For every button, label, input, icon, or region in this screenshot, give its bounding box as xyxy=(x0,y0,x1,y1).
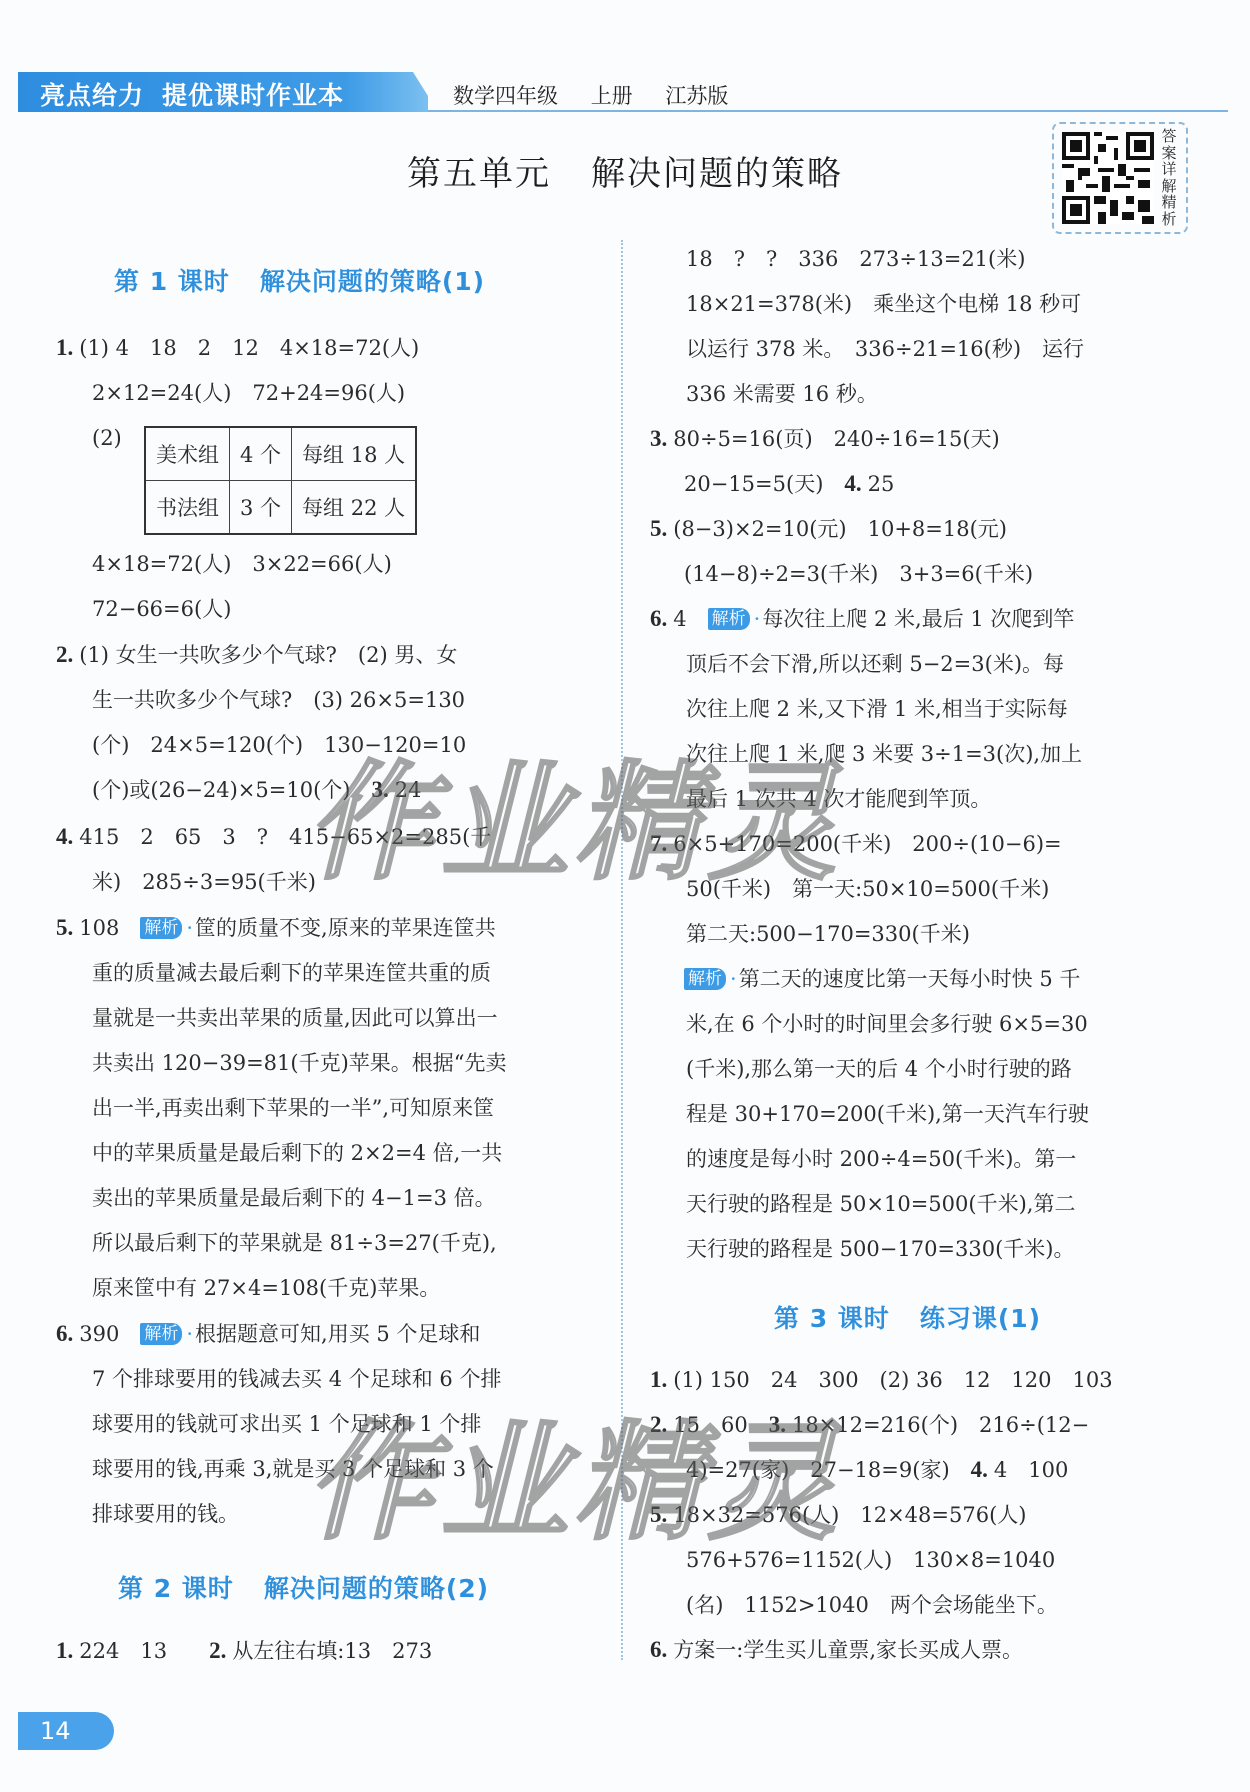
analysis-line: 原来筐中有 27×4=108(千克)苹果。 xyxy=(92,1273,440,1303)
analysis-line: 中的苹果质量是最后剩下的 2×2=4 倍,一共 xyxy=(92,1138,502,1168)
analysis-line: 顶后不会下滑,所以还剩 5−2=3(米)。每 xyxy=(686,649,1064,679)
answer-text: 4 xyxy=(673,607,686,631)
lesson-2-title: 第 2 课时解决问题的策略(2) xyxy=(118,1569,489,1605)
analysis-text: 每次往上爬 2 米,最后 1 次爬到竿 xyxy=(762,607,1074,631)
analysis-line: 程是 30+170=200(千米),第一天汽车行驶 xyxy=(686,1099,1089,1129)
answer-qr-box[interactable]: 答案详解精析 xyxy=(1052,122,1188,234)
answer-line: 第二天:500−170=330(千米) xyxy=(686,919,970,949)
lesson-period: 第 1 课时 xyxy=(114,267,230,296)
page-number: 14 xyxy=(18,1712,114,1750)
brand-title: 亮点给力提优课时作业本 xyxy=(40,76,344,112)
analysis-text: 筐的质量不变,原来的苹果连筐共 xyxy=(195,916,496,940)
table-cell: 美术组 xyxy=(145,427,230,481)
answer-line: 18×21=378(米) 乘坐这个电梯 18 秒可 xyxy=(686,289,1081,319)
answer-line: (名) 1152>1040 两个会场能坐下。 xyxy=(686,1590,1058,1620)
analysis-line: 排球要用的钱。 xyxy=(92,1499,239,1529)
answer-text: (8−3)×2=10(元) 10+8=18(元) xyxy=(673,517,1007,541)
answer-line: (14−8)÷2=3(千米) 3+3=6(千米) xyxy=(684,559,1033,589)
answer-line: 以运行 378 米。 336÷21=16(秒) 运行 xyxy=(686,334,1084,364)
answer-text: 从左往右填:13 273 xyxy=(232,1639,432,1663)
brand-banner: 亮点给力提优课时作业本 xyxy=(18,72,428,112)
answer-text: 108 xyxy=(79,916,119,940)
analysis-line: 所以最后剩下的苹果就是 81÷3=27(千克), xyxy=(92,1228,497,1258)
answer-text: 25 xyxy=(868,472,895,496)
answer-line: 2×12=24(人) 72+24=96(人) xyxy=(92,378,405,408)
analysis-line: 量就是一共卖出苹果的质量,因此可以算出一 xyxy=(92,1003,498,1033)
book-info: 数学四年级 上册 江苏版 xyxy=(453,80,754,110)
answer-line: 5.(8−3)×2=10(元) 10+8=18(元) xyxy=(650,514,1007,544)
qr-code-icon xyxy=(1062,132,1154,224)
tag-dot-icon: · xyxy=(186,1322,193,1346)
series-name: 提优课时作业本 xyxy=(162,81,344,110)
unit-topic: 解决问题的策略 xyxy=(591,154,843,194)
question-number: 4. xyxy=(844,471,861,496)
analysis-text: 第二天的速度比第一天每小时快 5 千 xyxy=(739,967,1081,991)
edition-label: 江苏版 xyxy=(665,84,728,108)
question-number: 4. xyxy=(56,824,73,849)
answer-line: 6.4 解析·每次往上爬 2 米,最后 1 次爬到竿 xyxy=(650,604,1074,634)
groups-table: 美术组 4 个 每组 18 人 书法组 3 个 每组 22 人 xyxy=(144,426,417,535)
analysis-tag: 解析 xyxy=(708,608,750,630)
question-number: 6. xyxy=(650,1637,667,1662)
answer-line: 5.108 解析·筐的质量不变,原来的苹果连筐共 xyxy=(56,913,496,943)
analysis-text: 根据题意可知,用买 5 个足球和 xyxy=(195,1322,480,1346)
answer-text: (1) 女生一共吹多少个气球? (2) 男、女 xyxy=(79,643,457,667)
watermark: 作业精灵 xyxy=(297,1380,879,1564)
answer-text: 390 xyxy=(79,1322,119,1346)
answer-line: 1.(1) 4 18 2 12 4×18=72(人) xyxy=(56,333,419,363)
table-cell: 每组 18 人 xyxy=(292,427,417,481)
table-row: 美术组 4 个 每组 18 人 xyxy=(145,427,416,481)
lesson-topic: 解决问题的策略(1) xyxy=(260,267,485,296)
answer-text: (1) 4 18 2 12 4×18=72(人) xyxy=(79,336,419,360)
tag-dot-icon: · xyxy=(754,607,761,631)
lesson-topic: 解决问题的策略(2) xyxy=(264,1574,489,1603)
analysis-line: 共卖出 120−39=81(千克)苹果。根据“先卖 xyxy=(92,1048,507,1078)
analysis-tag: 解析 xyxy=(140,917,182,939)
analysis-line: 的速度是每小时 200÷4=50(千米)。第一 xyxy=(686,1144,1076,1174)
header-divider xyxy=(428,110,1228,112)
question-number: 2. xyxy=(209,1638,226,1663)
unit-number: 第五单元 xyxy=(407,154,551,194)
analysis-line: 出一半,再卖出剩下苹果的一半”,可知原来筐 xyxy=(92,1093,494,1123)
answer-text: 20−15=5(天) xyxy=(684,472,844,496)
table-row: 书法组 3 个 每组 22 人 xyxy=(145,481,416,535)
table-cell: 4 个 xyxy=(230,427,292,481)
answer-line: 18 ? ? 336 273÷13=21(米) xyxy=(686,244,1025,274)
answer-text: 方案一:学生买儿童票,家长买成人票。 xyxy=(673,1638,1023,1662)
question-number: 5. xyxy=(650,516,667,541)
analysis-line: 天行驶的路程是 50×10=500(千米),第二 xyxy=(686,1189,1075,1219)
analysis-line: 重的质量减去最后剩下的苹果连筐共重的质 xyxy=(92,958,491,988)
table-cell: 3 个 xyxy=(230,481,292,535)
analysis-line: 天行驶的路程是 500−170=330(千米)。 xyxy=(686,1234,1075,1264)
question-number: 6. xyxy=(56,1321,73,1346)
analysis-line: 解析·第二天的速度比第一天每小时快 5 千 xyxy=(684,964,1080,994)
analysis-line: (千米),那么第一天的后 4 个小时行驶的路 xyxy=(686,1054,1072,1084)
question-number: 2. xyxy=(56,642,73,667)
answer-line: 生一共吹多少个气球? (3) 26×5=130 xyxy=(92,685,465,715)
answer-text: 4 100 xyxy=(994,1458,1068,1482)
analysis-tag: 解析 xyxy=(684,968,726,990)
question-number: 5. xyxy=(56,915,73,940)
lesson-period: 第 3 课时 xyxy=(774,1304,890,1333)
question-number: 1. xyxy=(56,1638,73,1663)
lesson-3-title: 第 3 课时练习课(1) xyxy=(774,1299,1041,1335)
tag-dot-icon: · xyxy=(730,967,737,991)
lesson-topic: 练习课(1) xyxy=(920,1304,1041,1333)
brand-name: 亮点给力 xyxy=(40,81,144,110)
part-label: (2) xyxy=(92,423,122,453)
analysis-line: 卖出的苹果质量是最后剩下的 4−1=3 倍。 xyxy=(92,1183,496,1213)
watermark: 作业精灵 xyxy=(297,720,879,904)
answer-line: 4×18=72(人) 3×22=66(人) xyxy=(92,549,392,579)
answer-line: 3.80÷5=16(页) 240÷16=15(天) xyxy=(650,424,1000,454)
question-number: 6. xyxy=(650,606,667,631)
question-number: 1. xyxy=(56,335,73,360)
lesson-period: 第 2 课时 xyxy=(118,1574,234,1603)
analysis-tag: 解析 xyxy=(140,1323,182,1345)
page-header: 亮点给力提优课时作业本 数学四年级 上册 江苏版 xyxy=(18,72,1230,112)
lesson-1-title: 第 1 课时解决问题的策略(1) xyxy=(114,262,485,298)
answer-line: 米) 285÷3=95(千米) xyxy=(92,867,316,897)
analysis-line: 米,在 6 个小时的时间里会多行驶 6×5=30 xyxy=(686,1009,1088,1039)
subject-label: 数学四年级 xyxy=(453,84,558,108)
answer-text: 224 13 xyxy=(79,1639,167,1663)
qr-label: 答案详解精析 xyxy=(1158,128,1180,227)
answer-line: 72−66=6(人) xyxy=(92,594,231,624)
table-cell: 书法组 xyxy=(145,481,230,535)
volume-label: 上册 xyxy=(591,84,633,108)
question-number: 3. xyxy=(650,426,667,451)
answer-line: 2.(1) 女生一共吹多少个气球? (2) 男、女 xyxy=(56,640,457,670)
answer-line: 20−15=5(天) 4.25 xyxy=(684,469,894,499)
question-number: 4. xyxy=(971,1457,988,1482)
table-cell: 每组 22 人 xyxy=(292,481,417,535)
answer-line: 336 米需要 16 秒。 xyxy=(686,379,878,409)
answer-text: 80÷5=16(页) 240÷16=15(天) xyxy=(673,427,999,451)
tag-dot-icon: · xyxy=(186,916,193,940)
answer-line: 6.390 解析·根据题意可知,用买 5 个足球和 xyxy=(56,1319,480,1349)
answer-line: 1.224 13 2.从左往右填:13 273 xyxy=(56,1636,432,1666)
answer-line: 6.方案一:学生买儿童票,家长买成人票。 xyxy=(650,1635,1023,1665)
